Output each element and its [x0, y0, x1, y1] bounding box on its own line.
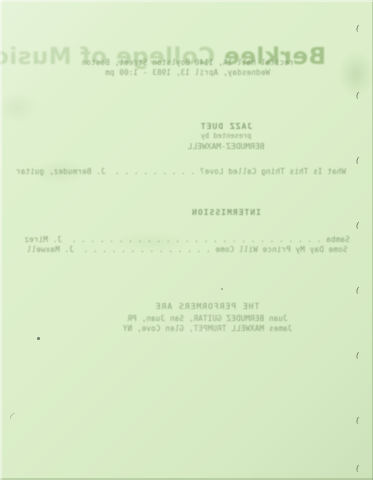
- paper-speck: [221, 288, 223, 290]
- binding-mark-icon: (: [355, 416, 362, 424]
- paper-speck: [37, 337, 40, 340]
- performers-line-2: James MAXWELL TRUMPET, Glen Cove, NY: [110, 325, 305, 333]
- binding-mark-icon: (: [355, 351, 362, 359]
- recital-title: JAZZ DUET: [146, 123, 306, 132]
- binding-mark-icon: (: [355, 464, 362, 472]
- binding-mark-icon: (: [355, 221, 362, 229]
- performers-heading: THE PERFORMERS ARE: [127, 303, 287, 312]
- program-line-2: Samba . . . . . . . . . . . . . . . . . …: [22, 236, 352, 244]
- binding-mark-icon: (: [355, 156, 362, 164]
- presented-by-line: presented by: [146, 133, 306, 141]
- venue-line-2: Wednesday, April 13, 1983 - 1:00 pm: [30, 69, 345, 77]
- performers-line-1: Juan BERMUDEZ GUITAR, San Juan, PR: [110, 315, 305, 323]
- program-line-1: What Is This Thing Called Love? . . . . …: [28, 168, 346, 176]
- scanned-program-page-back: Berklee College of Music recital hall 1A…: [0, 0, 373, 480]
- performer-names-line: BERMUDEZ-MAXWELL: [146, 143, 306, 152]
- program-line-3: Some Day My Prince Will Come . . . . . .…: [22, 246, 352, 254]
- binding-mark-icon: (: [355, 91, 362, 99]
- binding-mark-icon: (: [355, 24, 362, 32]
- intermission-line: INTERMISSION: [146, 209, 306, 218]
- binding-mark-icon: (: [355, 286, 362, 294]
- paper-speck: (: [8, 412, 17, 421]
- venue-line-1: recital hall 1A, 1140 Boylston Street, B…: [30, 59, 345, 67]
